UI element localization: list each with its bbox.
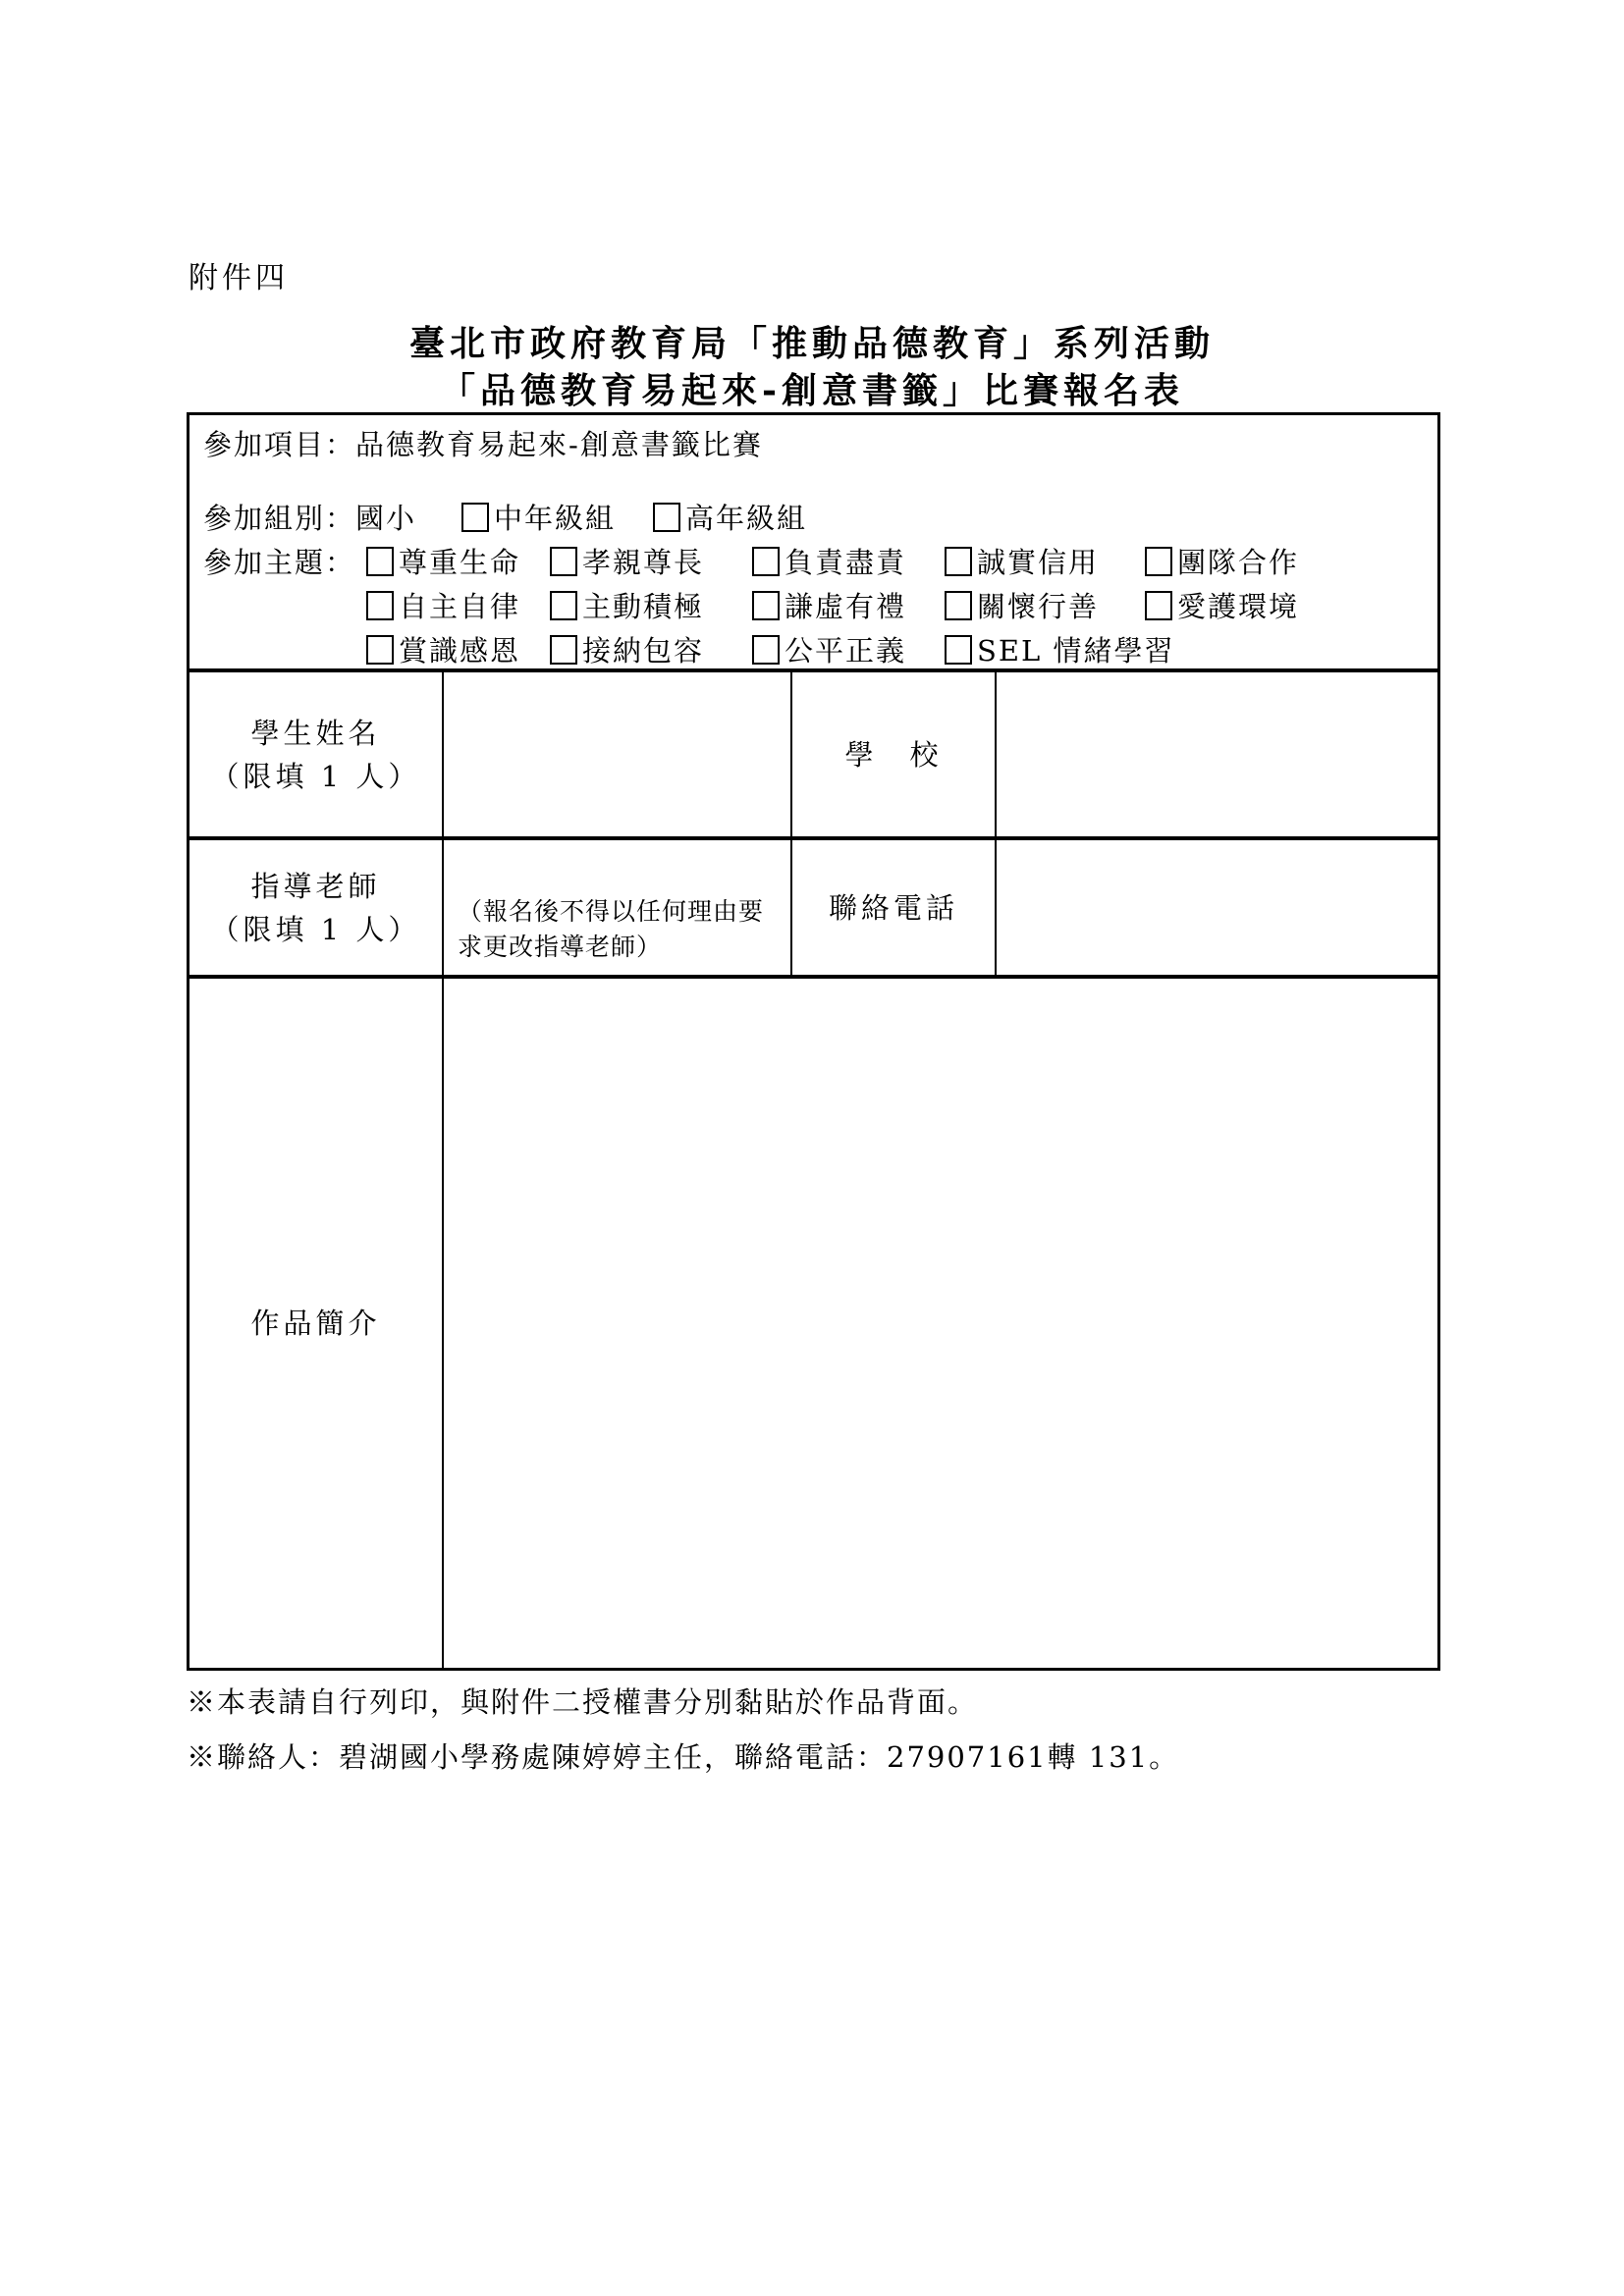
theme-row-1: 參加主題： 尊重生命 孝親尊長 負責盡責 誠實信用 團隊合作 — [203, 541, 1424, 585]
teacher-input-cell[interactable]: （報名後不得以任何理由要 求更改指導老師） — [442, 836, 790, 975]
checkbox-icon[interactable] — [366, 547, 394, 576]
theme-row-2: 自主自律 主動積極 謙虛有禮 關懷行善 愛護環境 — [203, 585, 1424, 629]
participation-item-label: 參加項目： — [203, 428, 355, 461]
student-name-label-cell: 學生姓名 （限填 1 人） — [189, 668, 442, 836]
theme-option[interactable]: 公平正義 — [752, 629, 945, 673]
checkbox-icon[interactable] — [550, 591, 577, 620]
group-option-label: 中年級組 — [494, 502, 616, 535]
student-name-input-cell[interactable] — [442, 668, 790, 836]
theme-option-label: 愛護環境 — [1177, 590, 1299, 623]
participation-item-row: 參加項目：品德教育易起來-創意書籤比賽 — [203, 423, 1424, 467]
checkbox-icon[interactable] — [752, 635, 780, 665]
theme-row-3: 賞識感恩 接納包容 公平正義 SEL 情緒學習 — [203, 629, 1424, 673]
teacher-note-line1: （報名後不得以任何理由要 — [458, 894, 764, 930]
footnote-print: ※本表請自行列印，與附件二授權書分別黏貼於作品背面。 — [187, 1681, 978, 1721]
work-intro-input-cell[interactable] — [442, 975, 1437, 1668]
theme-option-label: 主動積極 — [582, 590, 704, 623]
theme-option[interactable]: 孝親尊長 — [550, 541, 752, 585]
group-option-middle[interactable]: 中年級組 — [461, 502, 616, 535]
school-label-cell: 學 校 — [790, 668, 995, 836]
teacher-label-line1: 指導老師 — [250, 865, 380, 908]
participation-group-row: 參加組別：國小中年級組高年級組 — [203, 497, 1424, 541]
theme-option-label: SEL 情緒學習 — [977, 634, 1175, 667]
page-title-line2: 「品德教育易起來-創意書籤」比賽報名表 — [0, 363, 1624, 413]
group-option-senior[interactable]: 高年級組 — [653, 502, 807, 535]
checkbox-icon[interactable] — [1145, 547, 1172, 576]
work-intro-label: 作品簡介 — [250, 1302, 380, 1345]
theme-option-label: 謙虛有禮 — [785, 590, 906, 623]
theme-option-label: 尊重生命 — [399, 546, 520, 579]
checkbox-icon[interactable] — [945, 635, 972, 665]
theme-option[interactable]: 關懷行善 — [945, 585, 1145, 629]
theme-option-label: 負責盡責 — [785, 546, 906, 579]
theme-option[interactable]: 尊重生命 — [366, 541, 550, 585]
theme-option[interactable]: SEL 情緒學習 — [945, 629, 1145, 673]
attachment-label: 附件四 — [189, 253, 289, 296]
theme-option-label: 賞識感恩 — [399, 634, 520, 667]
theme-option[interactable]: 負責盡責 — [752, 541, 945, 585]
checkbox-icon[interactable] — [366, 635, 394, 665]
student-name-label-line2: （限填 1 人） — [211, 755, 421, 798]
theme-option[interactable]: 主動積極 — [550, 585, 752, 629]
phone-label-cell: 聯絡電話 — [790, 836, 995, 975]
theme-option-label: 自主自律 — [399, 590, 520, 623]
theme-option-label: 關懷行善 — [977, 590, 1099, 623]
theme-option-label: 團隊合作 — [1177, 546, 1299, 579]
theme-option[interactable]: 賞識感恩 — [366, 629, 550, 673]
checkbox-icon[interactable] — [550, 635, 577, 665]
theme-option-label: 孝親尊長 — [582, 546, 704, 579]
page-title-line1: 臺北市政府教育局「推動品德教育」系列活動 — [0, 316, 1624, 366]
work-intro-label-cell: 作品簡介 — [189, 975, 442, 1668]
theme-option[interactable]: 謙虛有禮 — [752, 585, 945, 629]
group-prefix: 國小 — [355, 502, 416, 535]
theme-option[interactable]: 自主自律 — [366, 585, 550, 629]
phone-input-cell[interactable] — [995, 836, 1437, 975]
checkbox-icon[interactable] — [653, 503, 680, 532]
theme-option[interactable]: 團隊合作 — [1145, 541, 1331, 585]
teacher-note-line2: 求更改指導老師） — [458, 930, 764, 965]
theme-label: 參加主題： — [203, 541, 366, 585]
theme-option[interactable]: 接納包容 — [550, 629, 752, 673]
theme-option-label: 接納包容 — [582, 634, 704, 667]
checkbox-icon[interactable] — [752, 547, 780, 576]
checkbox-icon[interactable] — [461, 503, 489, 532]
checkbox-icon[interactable] — [366, 591, 394, 620]
group-option-label: 高年級組 — [685, 502, 807, 535]
school-label: 學 校 — [844, 733, 942, 776]
group-label: 參加組別： — [203, 502, 355, 535]
theme-items-row3: 賞識感恩 接納包容 公平正義 SEL 情緒學習 — [366, 629, 1424, 673]
teacher-label-cell: 指導老師 （限填 1 人） — [189, 836, 442, 975]
checkbox-icon[interactable] — [945, 547, 972, 576]
registration-form-table: 參加項目：品德教育易起來-創意書籤比賽 參加組別：國小中年級組高年級組 參加主題… — [187, 412, 1440, 1671]
school-input-cell[interactable] — [995, 668, 1437, 836]
theme-option[interactable]: 誠實信用 — [945, 541, 1145, 585]
checkbox-icon[interactable] — [1145, 591, 1172, 620]
teacher-label-line2: （限填 1 人） — [211, 908, 421, 951]
checkbox-icon[interactable] — [752, 591, 780, 620]
info-cell: 參加項目：品德教育易起來-創意書籤比賽 參加組別：國小中年級組高年級組 參加主題… — [189, 415, 1437, 668]
theme-option-label: 公平正義 — [785, 634, 906, 667]
theme-items-row2: 自主自律 主動積極 謙虛有禮 關懷行善 愛護環境 — [366, 585, 1424, 629]
phone-label: 聯絡電話 — [829, 886, 958, 930]
checkbox-icon[interactable] — [550, 547, 577, 576]
teacher-note: （報名後不得以任何理由要 求更改指導老師） — [458, 894, 764, 965]
footnote-contact: ※聯絡人：碧湖國小學務處陳婷婷主任，聯絡電話：27907161轉 131。 — [187, 1735, 1179, 1776]
checkbox-icon[interactable] — [945, 591, 972, 620]
participation-item-value: 品德教育易起來-創意書籤比賽 — [355, 428, 763, 461]
theme-items-row1: 尊重生命 孝親尊長 負責盡責 誠實信用 團隊合作 — [366, 541, 1424, 585]
form-page: 附件四 臺北市政府教育局「推動品德教育」系列活動 「品德教育易起來-創意書籤」比… — [0, 0, 1624, 2296]
student-name-label-line1: 學生姓名 — [250, 712, 380, 755]
theme-option-label: 誠實信用 — [977, 546, 1099, 579]
theme-option[interactable]: 愛護環境 — [1145, 585, 1331, 629]
